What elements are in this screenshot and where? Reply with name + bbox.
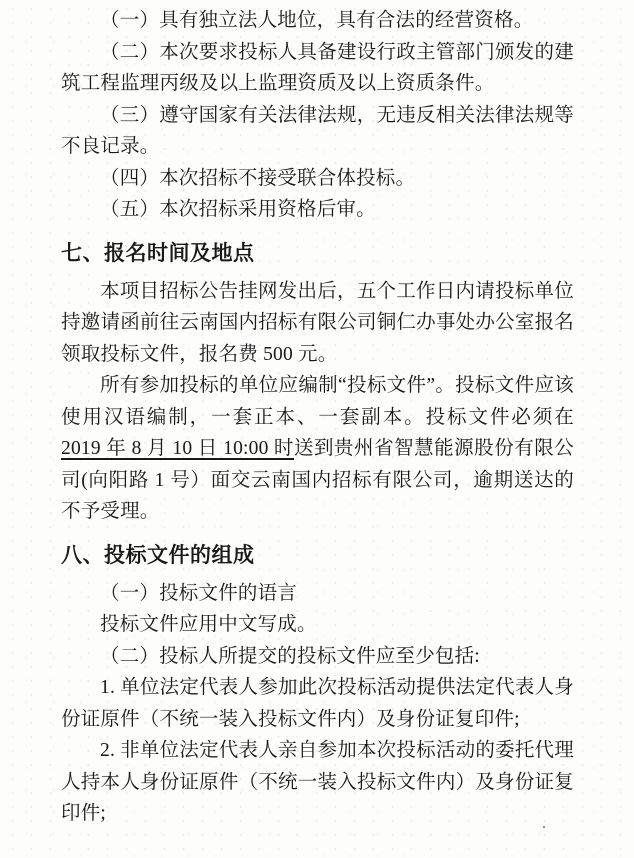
underlined-deadline-text: 2019 年 8 月 10 日 10:00 时 (61, 438, 294, 459)
clause-1: （一）具有独立法人地位，具有合法的经营资格。 (61, 5, 574, 37)
text-segment: （二）本次要求投标人具备建设行政主管部门颁发的建筑工程监理丙级及以上监理资质及以… (61, 42, 574, 95)
text-segment: （二）投标人所提交的投标文件应至少包括: (100, 646, 480, 667)
section-7-heading: 七、报名时间及地点 (61, 238, 574, 269)
text-segment: （三）遵守国家有关法律法规，无违反相关法律法规等不良记录。 (61, 105, 574, 158)
text-segment: 投标文件应用中文写成。 (100, 614, 317, 635)
section-8-sub-1-title: （一）投标文件的语言 (61, 578, 574, 610)
text-segment: 七、报名时间及地点 (61, 241, 255, 265)
clause-5: （五）本次招标采用资格后审。 (61, 194, 574, 226)
text-segment: （一）具有独立法人地位，具有合法的经营资格。 (100, 10, 533, 31)
section-8-item-2: 2. 非单位法定代表人亲自参加本次投标活动的委托代理人持本人身份证原件（不统一装… (61, 735, 574, 830)
clause-2: （二）本次要求投标人具备建设行政主管部门颁发的建筑工程监理丙级及以上监理资质及以… (61, 37, 574, 100)
text-segment: 八、投标文件的组成 (61, 543, 255, 567)
clause-3: （三）遵守国家有关法律法规，无违反相关法律法规等不良记录。 (61, 100, 574, 163)
section-7-para-1: 本项目招标公告挂网发出后，五个工作日内请投标单位持邀请函前往云南国内招标有限公司… (61, 276, 574, 371)
text-segment: （一）投标文件的语言 (100, 583, 297, 604)
scan-artifact-dot (543, 826, 545, 828)
section-7-para-2: 所有参加投标的单位应编制“投标文件”。投标文件应该使用汉语编制，一套正本、一套副… (61, 370, 574, 528)
section-8-sub-2-title: （二）投标人所提交的投标文件应至少包括: (61, 641, 574, 673)
scanned-document-page: { "page": { "background_color": "#fdfdfc… (0, 0, 634, 858)
text-segment: 本项目招标公告挂网发出后，五个工作日内请投标单位持邀请函前往云南国内招标有限公司… (61, 281, 574, 365)
text-segment: 2. 非单位法定代表人亲自参加本次投标活动的委托代理人持本人身份证原件（不统一装… (61, 740, 574, 824)
text-segment: 1. 单位法定代表人参加此次投标活动提供法定代表人身份证原件（不统一装入投标文件… (61, 677, 574, 730)
clause-4: （四）本次招标不接受联合体投标。 (61, 163, 574, 195)
section-8-heading: 八、投标文件的组成 (61, 540, 574, 571)
text-segment: （四）本次招标不接受联合体投标。 (100, 168, 415, 189)
section-8-sub-1-body: 投标文件应用中文写成。 (61, 609, 574, 641)
section-8-item-1: 1. 单位法定代表人参加此次投标活动提供法定代表人身份证原件（不统一装入投标文件… (61, 672, 574, 735)
text-segment: （五）本次招标采用资格后审。 (100, 199, 376, 220)
text-segment: 所有参加投标的单位应编制“投标文件”。投标文件应该使用汉语编制，一套正本、一套副… (61, 375, 574, 428)
document-body: （一）具有独立法人地位，具有合法的经营资格。（二）本次要求投标人具备建设行政主管… (61, 5, 574, 830)
